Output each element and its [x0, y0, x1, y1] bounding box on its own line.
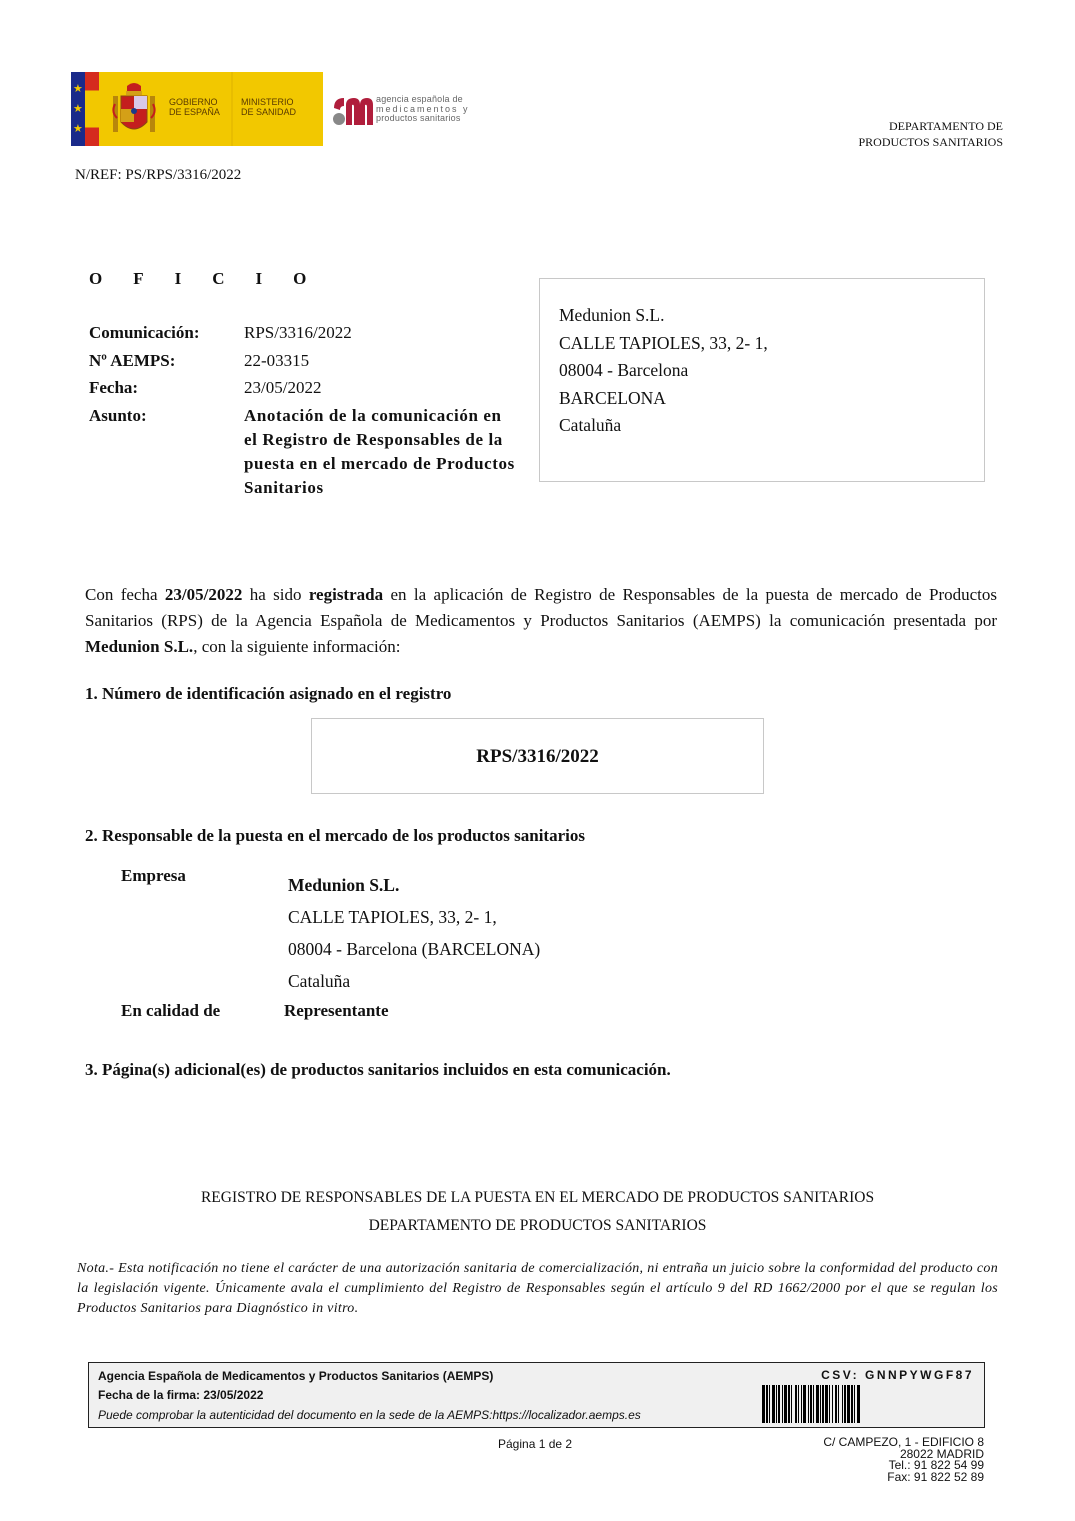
aemps-mark-icon [332, 96, 374, 126]
reference-number: N/REF: PS/RPS/3316/2022 [75, 167, 241, 184]
page-number: Página 1 de 2 [498, 1437, 572, 1451]
csv-code: CSV: GNNPYWGF87 [821, 1368, 974, 1382]
empresa-details: Medunion S.L. CALLE TAPIOLES, 33, 2- 1, … [288, 869, 540, 997]
signature-box: Agencia Española de Medicamentos y Produ… [88, 1362, 985, 1428]
oficio-fields: Comunicación: RPS/3316/2022 Nº AEMPS: 22… [89, 319, 519, 500]
star-icon: ★ [73, 104, 83, 115]
department-header: DEPARTAMENTO DE PRODUCTOS SANITARIOS [858, 118, 1003, 150]
section-3-heading: 3. Página(s) adicional(es) de productos … [85, 1060, 671, 1080]
field-asunto: Asunto: Anotación de la comunicación en … [89, 402, 519, 500]
recipient-line: Medunion S.L. [559, 302, 984, 330]
ministerio-text: MINISTERIO DE SANIDAD [241, 97, 296, 117]
star-icon: ★ [73, 124, 83, 135]
registry-id-box: RPS/3316/2022 [311, 718, 764, 794]
signature-agency: Agencia Española de Medicamentos y Produ… [98, 1369, 493, 1383]
footer-address: C/ CAMPEZO, 1 - EDIFICIO 8 28022 MADRID … [823, 1437, 984, 1483]
verification-link[interactable]: Puede comprobar la autenticidad del docu… [98, 1408, 641, 1422]
legal-note: Nota.- Esta notificación no tiene el car… [77, 1259, 998, 1319]
spain-flag-stripe [85, 72, 99, 146]
recipient-line: 08004 - Barcelona [559, 357, 984, 385]
gobierno-text: GOBIERNO DE ESPAÑA [169, 97, 220, 117]
field-comunicacion: Comunicación: RPS/3316/2022 [89, 319, 519, 347]
aemps-logo: agencia española de medicamentos y produ… [332, 94, 472, 128]
oficio-title: OFICIO [89, 269, 337, 289]
section-2-heading: 2. Responsable de la puesta en el mercad… [85, 826, 585, 846]
field-fecha: Fecha: 23/05/2022 [89, 374, 519, 402]
registry-footer: REGISTRO DE RESPONSABLES DE LA PUESTA EN… [0, 1184, 1075, 1240]
coat-of-arms-icon [111, 82, 157, 138]
recipient-address-box: Medunion S.L. CALLE TAPIOLES, 33, 2- 1, … [539, 278, 985, 482]
barcode-icon [762, 1385, 974, 1423]
eu-flag-stripe: ★ ★ ★ [71, 72, 85, 146]
logo-divider [231, 72, 233, 146]
calidad-label: En calidad de [121, 1001, 220, 1021]
intro-paragraph: Con fecha 23/05/2022 ha sido registrada … [85, 582, 997, 660]
recipient-line: BARCELONA [559, 385, 984, 413]
star-icon: ★ [73, 84, 83, 95]
section-1-heading: 1. Número de identificación asignado en … [85, 684, 451, 704]
recipient-line: Cataluña [559, 412, 984, 440]
recipient-line: CALLE TAPIOLES, 33, 2- 1, [559, 330, 984, 358]
calidad-value: Representante [284, 1001, 389, 1021]
gobierno-ministerio-logo: ★ ★ ★ GOBIERNO DE ESPAÑA MINISTERIO DE S… [71, 72, 323, 146]
aemps-logo-text: agencia española de medicamentos y produ… [376, 95, 470, 124]
signature-date: Fecha de la firma: 23/05/2022 [98, 1388, 263, 1402]
empresa-label: Empresa [121, 866, 186, 886]
field-numero-aemps: Nº AEMPS: 22-03315 [89, 347, 519, 375]
